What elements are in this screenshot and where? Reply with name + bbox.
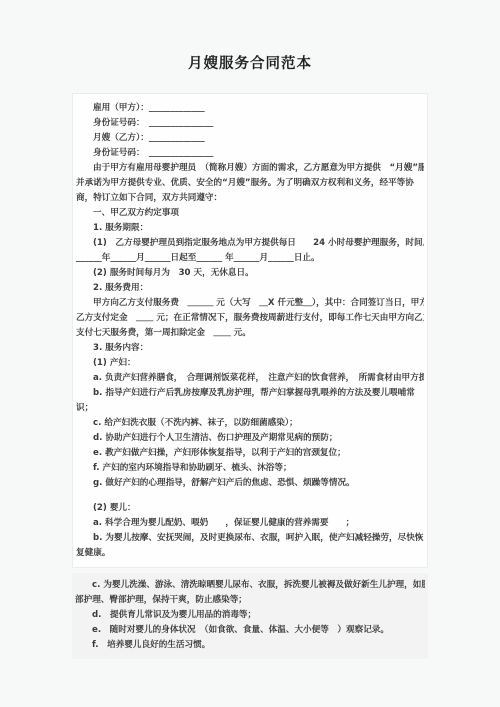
contract-line: d. 协助产妇进行个人卫生清洁、伤口护理及产期常见病的预防； bbox=[76, 431, 424, 446]
contract-line: 复健康。 bbox=[76, 546, 424, 561]
contract-line: 3. 服务内容： bbox=[76, 341, 424, 356]
contract-line: e. 随时对婴儿的身体状况 （如食欲、食量、体温、大小便等 ）观察记录。 bbox=[75, 623, 425, 638]
contract-line: 身份证号码： _______________ bbox=[76, 146, 424, 161]
contract-line: 乙方支付定金 ＿＿ 元；在正常情况下，服务费按周薪进行支付，即每工作七天由甲方向… bbox=[76, 311, 424, 326]
contract-line: a. 科学合理为婴儿配奶、喂奶 ，保证婴儿健康的营养需要 ； bbox=[76, 516, 424, 531]
contract-line: 由于甲方有雇用母婴护理员 （简称月嫂）方面的需求，乙方愿意为甲方提供 “月嫂”服… bbox=[76, 161, 424, 176]
contract-line: (1) 产妇： bbox=[76, 356, 424, 371]
contract-line: (2) 服务时间每月为 30 天，无休息日。 bbox=[76, 266, 424, 281]
contract-page-1: 雇用（甲方）：_____________身份证号码： _____________… bbox=[72, 93, 428, 568]
contract-line: d. 提供育儿常识及为婴儿用品的消毒等； bbox=[75, 608, 425, 623]
contract-line: b. 指导产妇进行产后乳房按摩及乳房护理，帮产妇掌握母乳喂养的方法及婴儿喂哺常 bbox=[76, 386, 424, 401]
contract-line: 支付七天服务费，第一周扣除定金 ＿＿ 元。 bbox=[76, 326, 424, 341]
contract-line: 识； bbox=[76, 401, 424, 416]
contract-line: 身份证号码： _______________ bbox=[76, 116, 424, 131]
contract-line: g. 做好产妇的心理指导，舒解产妇产后的焦虑、恐惧、烦躁等情况。 bbox=[76, 476, 424, 491]
contract-line: 月嫂（乙方）：_____________ bbox=[76, 131, 424, 146]
contract-line: f. 培养婴儿良好的生活习惯。 bbox=[75, 638, 425, 653]
contract-line: 部护理、臀部护理，保持干爽，防止感染等； bbox=[75, 593, 425, 608]
contract-line: 并承诺为甲方提供专业、优质、安全的“月嫂”服务。为了明确双方权利和义务，经平等协 bbox=[76, 176, 424, 191]
page-title: 月嫂服务合同范本 bbox=[0, 0, 500, 74]
contract-line: 雇用（甲方）：_____________ bbox=[76, 101, 424, 116]
contract-line: (2) 婴儿： bbox=[76, 501, 424, 516]
contract-line: 商，特订立如下合同，双方共同遵守： bbox=[76, 191, 424, 206]
contract-line: f. 产妇的室内环境指导和协助刷牙、梳头、沐浴等； bbox=[76, 461, 424, 476]
contract-line: c. 为婴儿洗澡、游泳、清洗晾晒婴儿尿布、衣服，拆洗婴儿被褥及做好新生儿护理，如… bbox=[75, 578, 425, 593]
contract-document: 雇用（甲方）：_____________身份证号码： _____________… bbox=[72, 93, 428, 659]
contract-line: 1. 服务期限： bbox=[76, 221, 424, 236]
contract-line bbox=[76, 491, 424, 501]
contract-line: 甲方向乙方支付服务费 ＿＿＿ 元（大写 ＿X 仟元整＿），其中：合同签订当日，甲… bbox=[76, 296, 424, 311]
contract-line: 一、甲乙双方约定事项 bbox=[76, 206, 424, 221]
contract-line: a. 负责产妇营养膳食， 合理调剂饭菜花样， 注意产妇的饮食营养， 所需食材由甲… bbox=[76, 371, 424, 386]
contract-line: b. 为婴儿按摩、安抚哭闹，及时更换尿布、衣服，呵护入眠，使产妇减轻操劳，尽快恢 bbox=[76, 531, 424, 546]
contract-page-2: c. 为婴儿洗澡、游泳、清洗晾晒婴儿尿布、衣服，拆洗婴儿被褥及做好新生儿护理，如… bbox=[72, 573, 428, 659]
contract-line: e. 教产妇做产妇操，产妇形体恢复指导，以利于产妇的宫颈复位； bbox=[76, 446, 424, 461]
contract-line: ______年______月______日起至______ 年______月__… bbox=[76, 251, 424, 266]
contract-line: 2. 服务费用： bbox=[76, 281, 424, 296]
contract-line: (1) 乙方母婴护理员到指定服务地点为甲方提供每日 24 小时母婴护理服务，时间… bbox=[76, 236, 424, 251]
contract-line: c. 给产妇洗衣服（不洗内裤、袜子，以防细菌感染）； bbox=[76, 416, 424, 431]
